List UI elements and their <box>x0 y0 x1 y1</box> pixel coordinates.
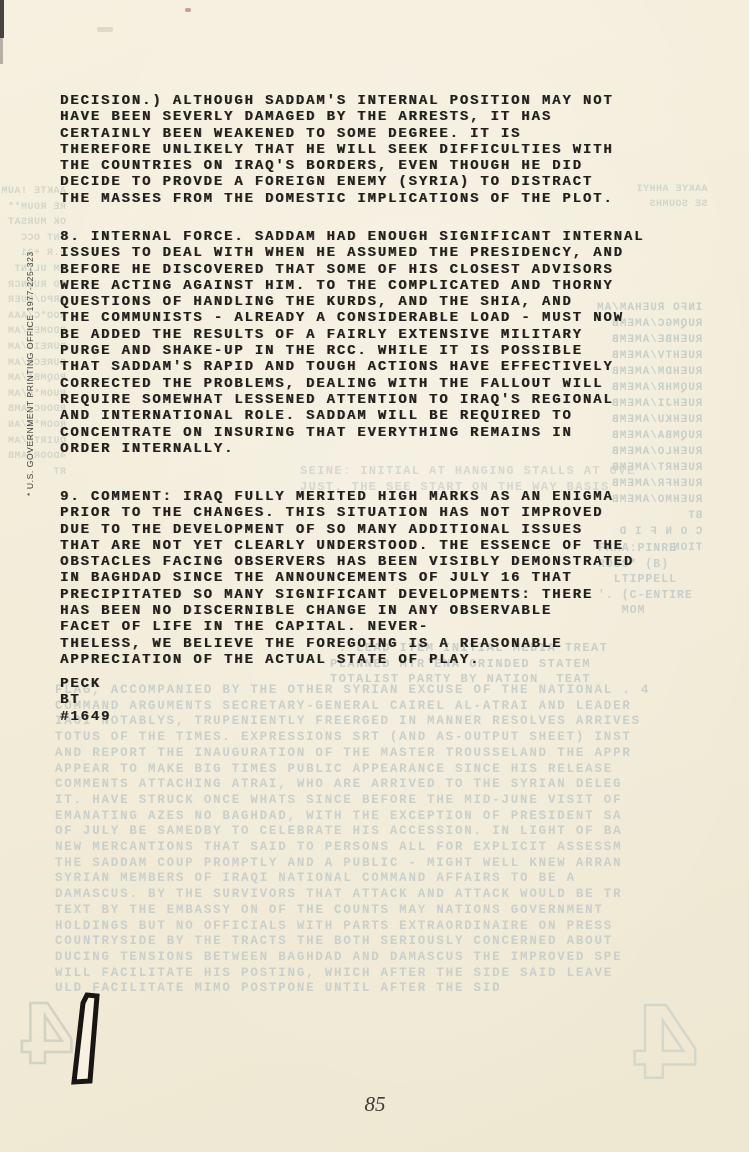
text-line: OF JULY BE SAMEDBY TO CELEBRATE HIS ACCE… <box>55 824 650 840</box>
text-line: IT. HAVE STRUCK ONCE WHATS SINCE BEFORE … <box>55 793 650 809</box>
text-line: THE SADDAM COUP PROMPTLY AND A PUBLIC - … <box>55 856 650 872</box>
text-line: SEINE: INITIAL AT HANGING STALLS AT OVE <box>300 464 635 480</box>
text-line: TOTUS OF THE TIMES. EXPRESSIONS SRT (AND… <box>55 730 650 746</box>
text-line: BEFORE HE DISCOVERED THAT SOME OF HIS CL… <box>60 262 644 278</box>
text-line: 8. INTERNAL FORCE. SADDAM HAD ENOUGH SIG… <box>60 229 644 245</box>
cable-paragraph-9: 9. COMMENT: IRAQ FULLY MERITED HIGH MARK… <box>60 489 634 668</box>
text-line: REQUIRE SOMEWHAT LESSENED ATTENTION TO I… <box>60 392 644 408</box>
printing-office-note: * U.S. GOVERNMENT PRINTING OFFICE 1977-2… <box>25 228 35 496</box>
text-line: CORRECTED THE PROBLEMS, DEALING WITH THE… <box>60 376 644 392</box>
text-line: DECIDE TO PROVDE A FOREIGN ENEMY (SYRIA)… <box>60 174 614 190</box>
text-line: ORDER INTERNALLY. <box>60 441 644 457</box>
text-line: AND REPORT THE INAUGURATION OF THE MASTE… <box>55 746 650 762</box>
paper-smudge <box>97 27 113 32</box>
text-line: AAKYE AHHYI <box>636 182 708 197</box>
text-line: COMMAND ARGUMENTS SECRETARY-GENERAL CAIR… <box>55 699 650 715</box>
text-line: WERE ACTING AGAINST HIM. TO THE COMPLICA… <box>60 278 644 294</box>
text-line: DECISION.) ALTHOUGH SADDAM'S INTERNAL PO… <box>60 93 614 109</box>
text-line: THE MASSES FROM THE DOMESTIC IMPLICATION… <box>60 191 614 207</box>
text-line: COMMENTS ATTACHING ATRAI, WHO ARE ARRIVE… <box>55 777 650 793</box>
text-line: COUNTRYSIDE BY THE TRACTS THE BOTH SERIO… <box>55 934 650 950</box>
text-line: ULD FACILITATE MIMO POSTPONE UNTIL AFTER… <box>55 981 650 997</box>
text-line: THEREFORE UNLIKELY THAT HE WILL SEEK DIF… <box>60 142 614 158</box>
text-line: DUE TO THE DEVELOPMENT OF SO MANY ADDITI… <box>60 522 634 538</box>
text-line: SE SOUMHS <box>636 197 708 212</box>
text-line: CONCENTRATE ON INSURING THAT EVERYTHING … <box>60 425 644 441</box>
text-line: 9. COMMENT: IRAQ FULLY MERITED HIGH MARK… <box>60 489 634 505</box>
text-line: FLAG, ACCOMPANIED BY THE OTHER SYRIAN EX… <box>55 683 650 699</box>
text-line: #1649 <box>60 709 111 725</box>
text-line: APPRECIATION OF THE ACTUAL STATE OF PLAY… <box>60 652 634 668</box>
text-line: THE COUNTRIES ON IRAQ'S BORDERS, EVEN TH… <box>60 158 614 174</box>
text-line: HAS BEEN NO DISCERNIBLE CHANGE IN ANY OB… <box>60 603 634 619</box>
text-line: BE ADDED THE RESULTS OF A FAIRLY EXTENSI… <box>60 327 644 343</box>
cable-paragraph-8: 8. INTERNAL FORCE. SADDAM HAD ENOUGH SIG… <box>60 229 644 457</box>
text-line: CERTAINLY BEEN WEAKENED TO SOME DEGREE. … <box>60 126 614 142</box>
bleed-through-text-bottom-block: FLAG, ACCOMPANIED BY THE OTHER SYRIAN EX… <box>55 683 650 997</box>
text-line: BT <box>60 692 111 708</box>
bleed-through-text-top-right: AAKYE AHHYISE SOUMHS <box>636 182 708 212</box>
text-line: WILL FACILITATE HIS POSTING, WHICH AFTER… <box>55 966 650 982</box>
text-line: THELESS, WE BELIEVE THE FOREGOING IS A R… <box>60 636 634 652</box>
text-line: QUESTIONS OF HANDLING THE KURDS, AND THE… <box>60 294 644 310</box>
text-line: FACET OF LIFE IN THE CAPITAL. NEVER- <box>60 619 634 635</box>
text-line: HOLDINGS BUT NO OFFICIALS WITH PARTS EXT… <box>55 919 650 935</box>
text-line: PRIOR TO THE CHANGES. THIS SITUATION HAS… <box>60 505 634 521</box>
text-line: THAT ARE NOT YET CLEARLY UNDERSTOOD. THE… <box>60 538 634 554</box>
copy-stamp-numeral-1 <box>58 992 104 1088</box>
text-line: THE COMMUNISTS - ALREADY A CONSIDERABLE … <box>60 310 644 326</box>
text-line: NEW MERCANTIONS THAT SAID TO PERSONS ALL… <box>55 840 650 856</box>
cable-paragraph-7: DECISION.) ALTHOUGH SADDAM'S INTERNAL PO… <box>60 93 614 207</box>
text-line: AND INTERNATIONAL ROLE. SADDAM WILL BE R… <box>60 408 644 424</box>
text-line: ISSUES TO DEAL WITH WHEN HE ASSUMED THE … <box>60 245 644 261</box>
text-line: PRECIPITATED SO MANY SIGNIFICANT DEVELOP… <box>60 587 634 603</box>
text-line: THAT SADDAM'S RAPID AND TOUGH ACTIONS HA… <box>60 359 644 375</box>
cable-signature: PECKBT#1649 <box>60 676 111 725</box>
text-line: HAVE BEEN SEVERLY DAMAGED BY THE ARRESTS… <box>60 109 614 125</box>
text-line: IN BAGHDAD SINCE THE ANNOUNCEMENTS OF JU… <box>60 570 634 586</box>
scan-edge-artifact <box>0 38 3 64</box>
text-line: DAMASCUS. BY THE SURVIVORS THAT ATTACK A… <box>55 887 650 903</box>
text-line: PURGE AND SHAKE-UP IN THE RCC. WHILE IT … <box>60 343 644 359</box>
ink-speck <box>185 8 191 12</box>
page-number: 85 <box>340 1092 410 1117</box>
text-line: OBSTACLES FACING OBSERVERS HAS BEEN VISI… <box>60 554 634 570</box>
scanned-cable-page: AAKTE !AUMRE ROUM**OK MURSATTNT OCCF.R +… <box>0 0 749 1152</box>
text-line: APPEAR TO MAKE BIG TIMES PUBLIC APPEARAN… <box>55 762 650 778</box>
scan-edge-artifact <box>0 0 4 38</box>
ghost-numeral-4-right: 4 <box>630 985 700 1102</box>
text-line: EMANATING AZES NO BAGHDAD, WITH THE EXCE… <box>55 809 650 825</box>
text-line: IAOI NOTABLYS, TRUPENIENTLY FREERGED IN … <box>55 714 650 730</box>
text-line: DUCING TENSIONS BETWEEN BAGHDAD AND DAMA… <box>55 950 650 966</box>
text-line: TEXT BY THE EMBASSY ON OF THE COUNTS MAY… <box>55 903 650 919</box>
text-line: AAKTE !AUM <box>1 184 66 200</box>
text-line: SYRIAN MEMBERS OF IRAQI NATIONAL COMMAND… <box>55 871 650 887</box>
text-line: PECK <box>60 676 111 692</box>
text-line: RE ROUM** <box>1 200 66 216</box>
